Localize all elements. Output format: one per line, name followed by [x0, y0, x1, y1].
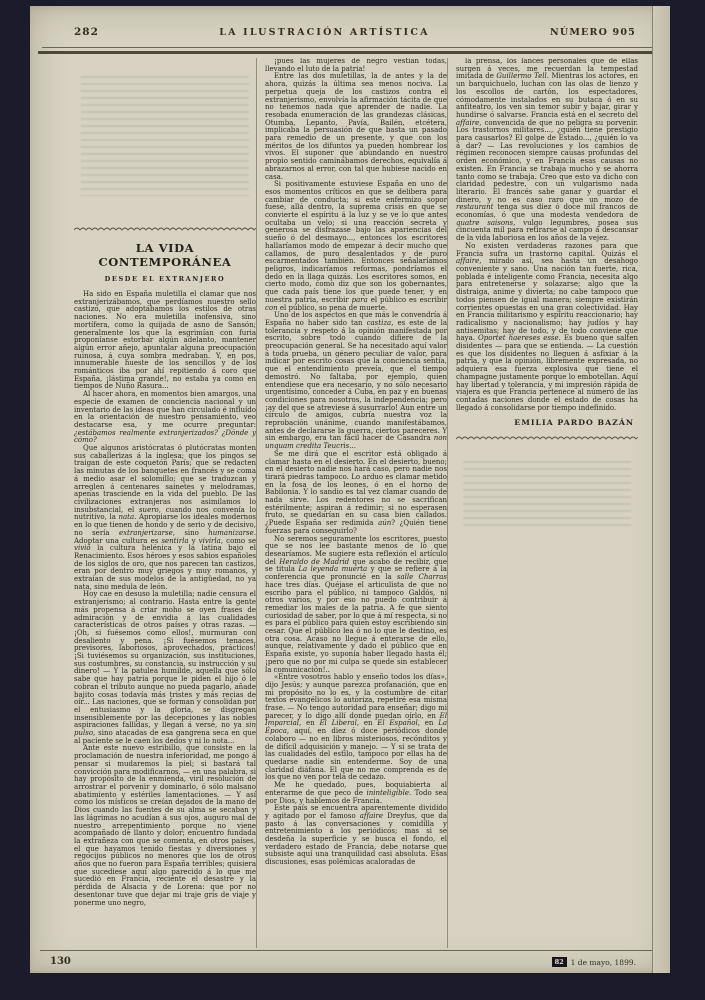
header-page-number: 282	[74, 26, 99, 38]
page-fold-edge	[652, 6, 670, 973]
paragraph: la prensa, los lances personales que de …	[456, 58, 638, 243]
paragraph: Ha sido en España muletilla el clamar qu…	[74, 291, 256, 391]
magazine-page: 282 LA ILUSTRACIÓN ARTÍSTICA NÚMERO 905 …	[30, 6, 670, 973]
blank-area	[456, 441, 638, 861]
ink-bleed-ghost	[81, 76, 248, 196]
issue-number: NÚMERO 905	[550, 27, 636, 38]
paragraph: Uno de los aspectos en que más le conven…	[265, 312, 447, 451]
column-3-text: la prensa, los lances personales que de …	[456, 58, 638, 412]
column-2-text: ¡pues las mujeres de negro vestían todas…	[265, 58, 447, 867]
paragraph: No seremos seguramente los escritores, p…	[265, 536, 447, 675]
footer-page-number: 130	[50, 956, 71, 967]
paragraph: Se me dirá que el escritor está obligado…	[265, 451, 447, 536]
paragraph: Me he quedado, pues, boquiabierta al ent…	[265, 782, 447, 805]
paragraph: Entre las dos muletillas, la de antes y …	[265, 73, 447, 181]
page-header: 282 LA ILUSTRACIÓN ARTÍSTICA NÚMERO 905	[74, 26, 636, 38]
blank-area	[74, 58, 256, 226]
wavy-divider	[74, 226, 256, 232]
paragraph: Este país se encuentra aparentemente div…	[265, 805, 447, 867]
paragraph: Al hacer ahora, en momentos bien amargos…	[74, 391, 256, 445]
column-3: la prensa, los lances personales que de …	[447, 58, 638, 948]
scanned-magazine-page: { "page": { "header": { "page_number": "…	[0, 0, 705, 1000]
ink-bleed-ghost	[463, 461, 630, 531]
paragraph: Ante este nuevo estribillo, que consiste…	[74, 745, 256, 907]
column-1-text: Ha sido en España muletilla el clamar qu…	[74, 291, 256, 907]
column-1: LA VIDA CONTEMPORÁNEA DESDE EL EXTRANJER…	[74, 58, 256, 948]
column-2: ¡pues las mujeres de negro vestían todas…	[256, 58, 447, 948]
masthead-title: LA ILUSTRACIÓN ARTÍSTICA	[219, 27, 429, 38]
article-columns: LA VIDA CONTEMPORÁNEA DESDE EL EXTRANJER…	[74, 58, 638, 948]
article-title: LA VIDA CONTEMPORÁNEA	[74, 241, 256, 269]
paragraph: No existen verdaderas razones para que F…	[456, 243, 638, 412]
paragraph: «Entre vosotros hablo y enseño todos los…	[265, 674, 447, 782]
header-rule-thick	[38, 51, 658, 54]
issue-date: 1 de mayo, 1899.	[571, 958, 636, 967]
catalog-stamp: 82	[552, 957, 567, 967]
footer-rule	[40, 950, 656, 951]
paragraph: Hoy cae en desuso la muletilla; nadie ce…	[74, 591, 256, 745]
header-rule-thin	[42, 47, 654, 48]
article-subtitle: DESDE EL EXTRANJERO	[74, 275, 256, 283]
paragraph: Si positivamente estuviese España en uno…	[265, 181, 447, 312]
footer-date-group: 82 1 de mayo, 1899.	[552, 957, 636, 967]
paragraph: Que algunos aristócratas ó plutócratas m…	[74, 445, 256, 591]
author-signature: EMILIA PARDO BAZÁN	[456, 418, 634, 427]
paragraph: ¡pues las mujeres de negro vestían todas…	[265, 58, 447, 73]
